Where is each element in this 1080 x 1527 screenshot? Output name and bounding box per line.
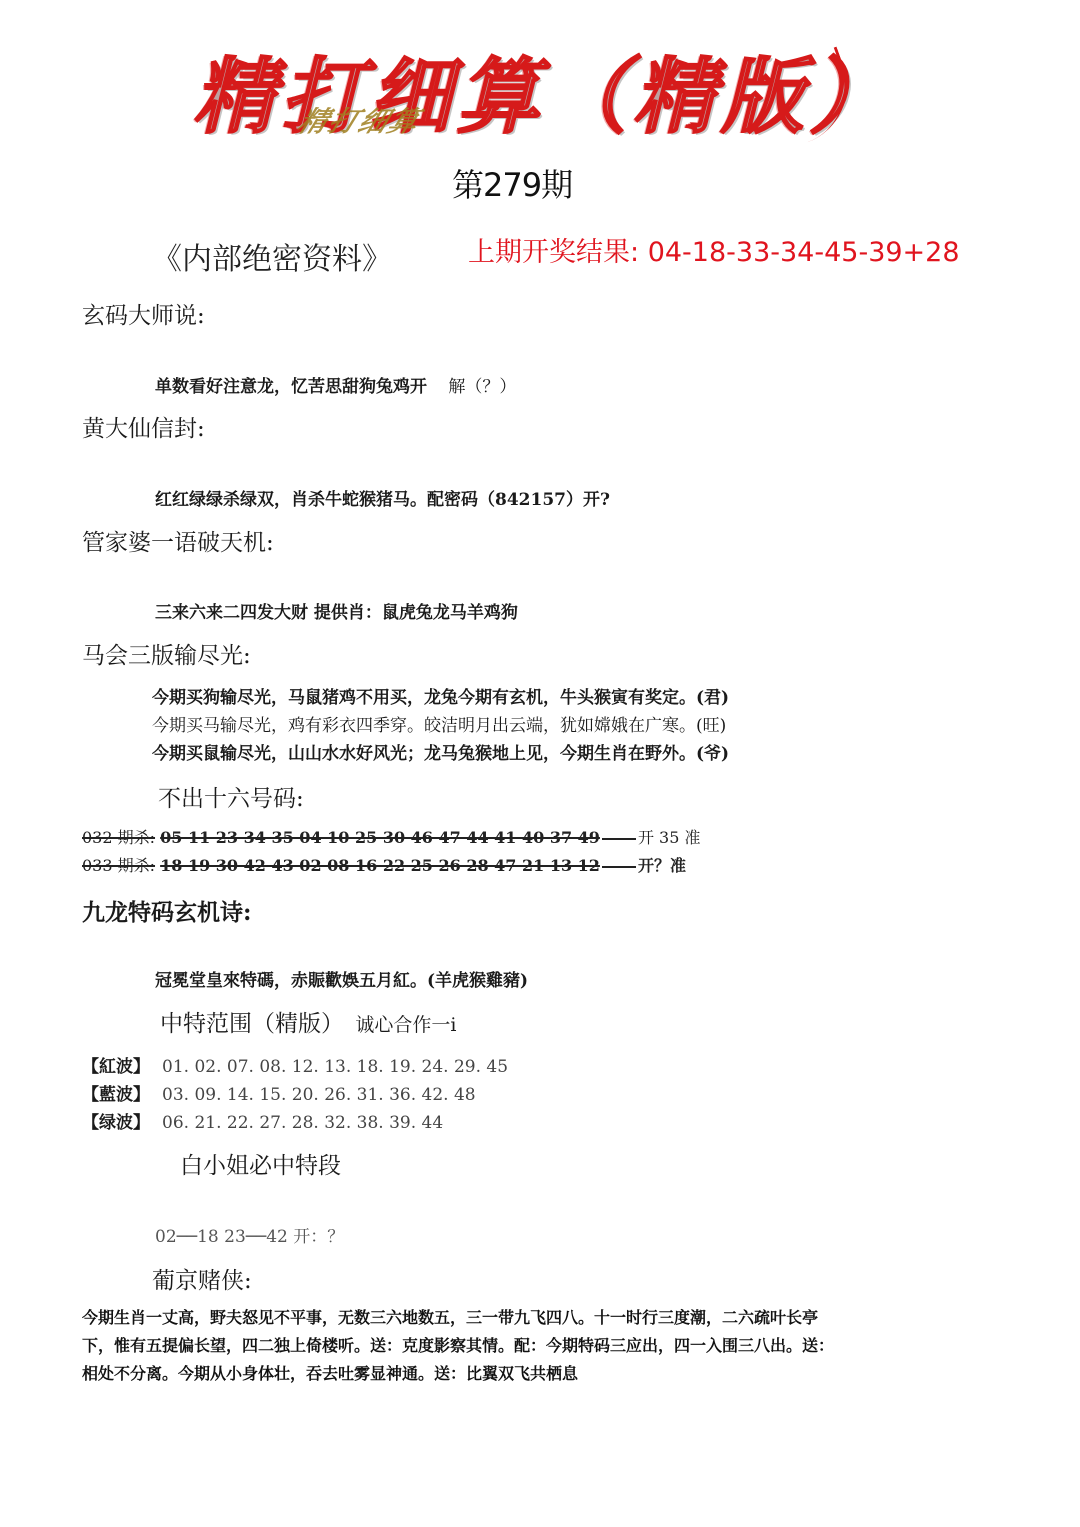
pujing-line-3: 相处不分离。今期从小身体壮，吞去吐雾显神通。送：比翼双飞共栖息: [82, 1361, 578, 1387]
last-result-label: 上期开奖结果:: [468, 237, 639, 268]
wave-label: 【紅波】: [82, 1057, 150, 1077]
wave-label: 【藍波】: [82, 1085, 150, 1105]
master-text-suffix: 解（？）: [448, 377, 516, 397]
kill-row-period: 032 期杀:: [82, 828, 155, 847]
horse-line-2: 今期买马输尽光，鸡有彩衣四季穿。皎洁明月出云端，犹如嫦娥在广寒。(旺): [152, 711, 726, 736]
banner-subtitle: 精打细算: [293, 100, 428, 140]
wave-numbers: 03. 09. 14. 15. 20. 26. 31. 36. 42. 48: [162, 1085, 476, 1105]
last-result-numbers: 04-18-33-34-45-39+28: [648, 237, 960, 268]
range-heading: 中特范围（精版）: [160, 1011, 344, 1037]
wave-label: 【绿波】: [82, 1113, 150, 1133]
butler-text: 三来六来二四发大财 提供肖：鼠虎兔龙马羊鸡狗: [155, 598, 518, 623]
section-heading-master: 玄码大师说:: [82, 297, 205, 330]
section-heading-no16: 不出十六号码:: [158, 780, 304, 813]
master-text: 单数看好注意龙，忆苦思甜狗兔鸡开 解（？）: [155, 372, 516, 397]
section-heading-butler: 管家婆一语破天机:: [82, 524, 274, 557]
document-title: 《内部绝密资料》: [152, 234, 392, 278]
horse-line-3: 今期买鼠输尽光，山山水水好风光；龙马兔猴地上见，今期生肖在野外。(爷): [152, 739, 729, 764]
pujing-line-2: 下，惟有五提偏长望，四二独上倚楼听。送：克度影察其情。配：今期特码三应出，四一入…: [82, 1333, 834, 1359]
pujing-line-1: 今期生肖一丈高，野夫怒见不平事，无数三六地数五，三一带九飞四八。十一时行三度潮，…: [82, 1305, 818, 1331]
section-heading-bai: 白小姐必中特段: [180, 1147, 341, 1180]
wave-row-red: 【紅波】01. 02. 07. 08. 12. 13. 18. 19. 24. …: [82, 1052, 508, 1077]
section-heading-range: 中特范围（精版） 诚心合作一i: [160, 1005, 456, 1038]
dash-line: [602, 866, 636, 868]
section-heading-pujing: 葡京赌侠:: [152, 1262, 252, 1295]
section-heading-huang: 黄大仙信封:: [82, 410, 205, 443]
kill-row-numbers: 18 19 30 42 43 02 08 16 22 25 26 28 47 2…: [160, 856, 600, 875]
kill-row-033: 033 期杀: 18 19 30 42 43 02 08 16 22 25 26…: [82, 853, 686, 876]
horse-line-1: 今期买狗输尽光，马鼠猪鸡不用买，龙兔今期有玄机，牛头猴寅有奖定。(君): [152, 683, 729, 708]
section-heading-jiulong: 九龙特码玄机诗:: [82, 894, 252, 927]
dash-line: [602, 838, 636, 840]
bai-text: 02──18 23──42 开：？: [155, 1222, 344, 1247]
issue-number: 第279期: [452, 160, 572, 206]
wave-row-green: 【绿波】06. 21. 22. 27. 28. 32. 38. 39. 44: [82, 1108, 443, 1133]
section-heading-horse: 马会三版输尽光:: [82, 637, 251, 670]
wave-row-blue: 【藍波】03. 09. 14. 15. 20. 26. 31. 36. 42. …: [82, 1080, 476, 1105]
kill-row-numbers: 05 11 23 34 35 04 10 25 30 46 47 44 41 4…: [160, 828, 600, 847]
huang-text: 红红绿绿杀绿双，肖杀牛蛇猴猪马。配密码（842157）开?: [155, 485, 610, 510]
kill-row-result: 开？准: [638, 856, 686, 875]
kill-row-period: 033 期杀:: [82, 856, 155, 875]
master-text-body: 单数看好注意龙，忆苦思甜狗兔鸡开: [155, 377, 427, 397]
wave-numbers: 06. 21. 22. 27. 28. 32. 38. 39. 44: [162, 1113, 443, 1133]
wave-numbers: 01. 02. 07. 08. 12. 13. 18. 19. 24. 29. …: [162, 1057, 508, 1077]
range-note: 诚心合作一i: [355, 1014, 456, 1036]
kill-row-result: 开 35 准: [638, 828, 701, 847]
last-draw-result: 上期开奖结果: 04-18-33-34-45-39+28: [468, 230, 960, 269]
jiulong-text: 冠冕堂皇來特碼，赤賑歡娛五月紅。(羊虎猴雞豬): [155, 966, 528, 991]
kill-row-032: 032 期杀: 05 11 23 34 35 04 10 25 30 46 47…: [82, 825, 700, 848]
